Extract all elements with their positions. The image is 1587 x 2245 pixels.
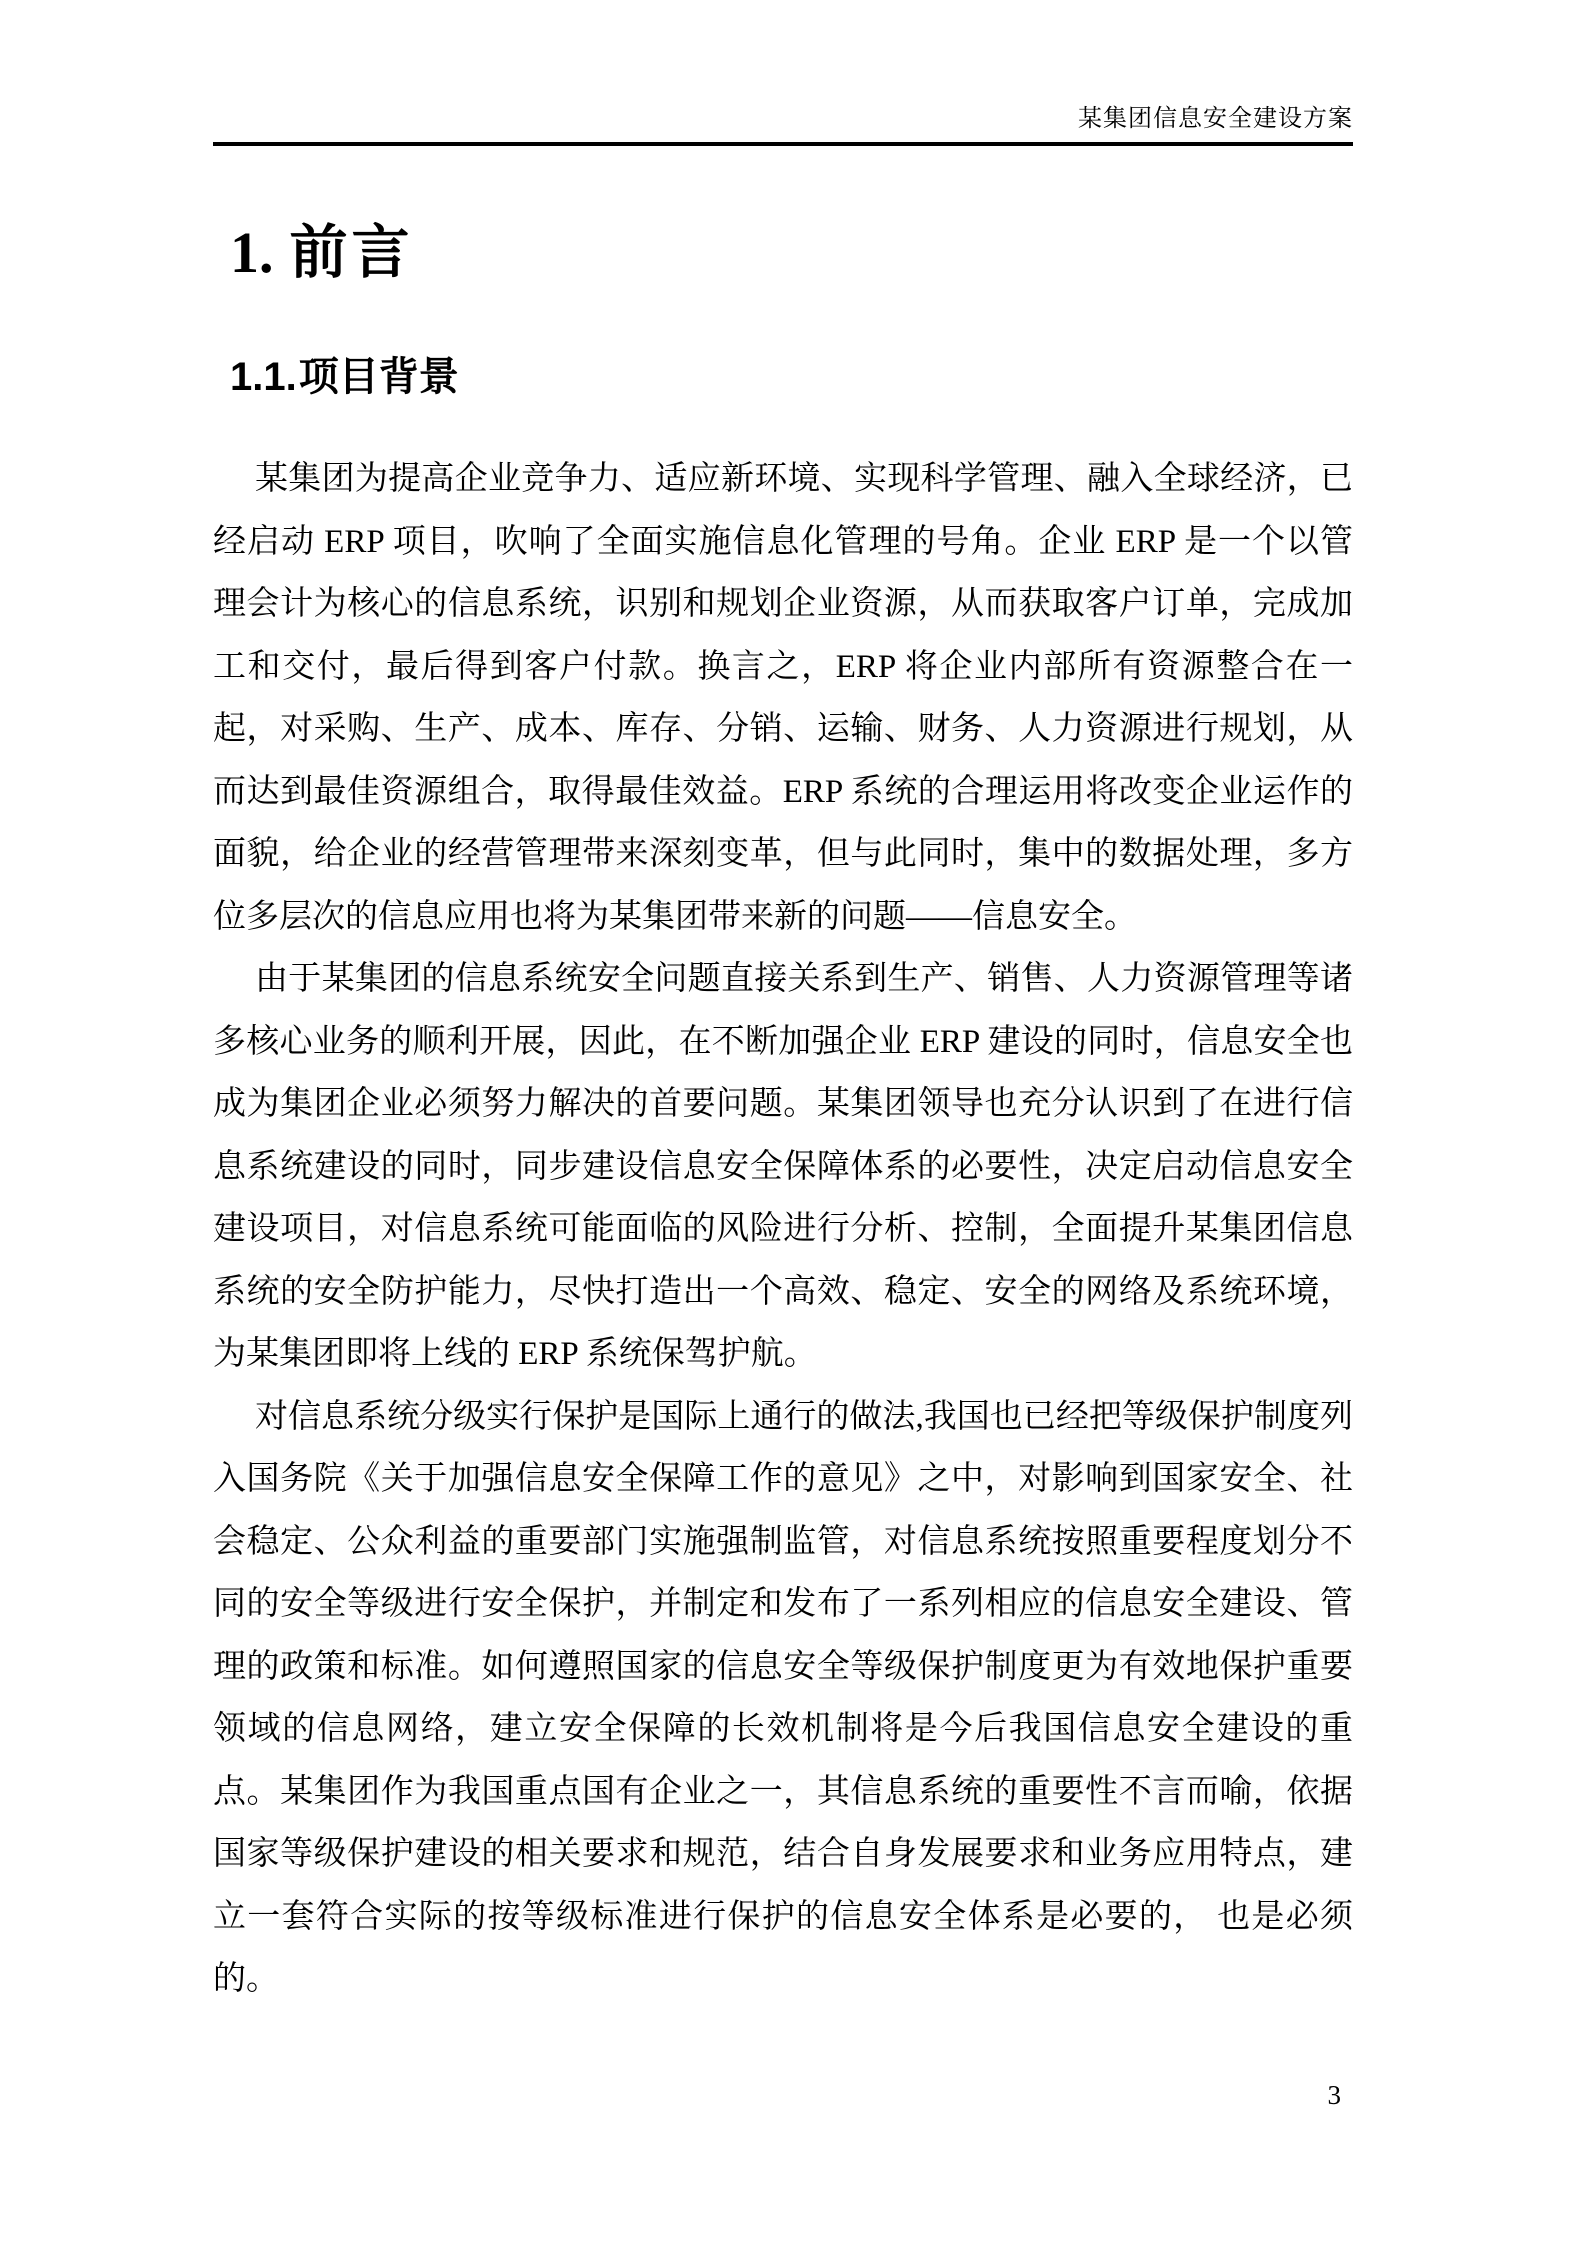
header-title: 某集团信息安全建设方案: [1078, 106, 1353, 132]
section-title: 项目背景: [299, 355, 459, 399]
section-number: 1.1.: [230, 355, 297, 399]
body-text: 某集团为提高企业竞争力、适应新环境、实现科学管理、融入全球经济，已经启动 ERP…: [213, 448, 1353, 2011]
paragraph: 由于某集团的信息系统安全问题直接关系到生产、销售、人力资源管理等诸多核心业务的顺…: [213, 948, 1353, 1386]
page-header: 某集团信息安全建设方案: [213, 103, 1353, 146]
page-number: 3: [213, 2078, 1353, 2112]
paragraph: 某集团为提高企业竞争力、适应新环境、实现科学管理、融入全球经济，已经启动 ERP…: [213, 448, 1353, 948]
document-page: 某集团信息安全建设方案 1.前言 1.1.项目背景 某集团为提高企业竞争力、适应…: [0, 0, 1587, 2245]
paragraph: 对信息系统分级实行保护是国际上通行的做法,我国也已经把等级保护制度列入国务院《关…: [213, 1386, 1353, 2011]
chapter-number: 1.: [230, 220, 274, 285]
chapter-heading: 1.前言: [230, 220, 414, 287]
page-number-value: 3: [1328, 2080, 1342, 2110]
chapter-title: 前言: [290, 220, 414, 285]
section-heading: 1.1.项目背景: [230, 353, 459, 401]
